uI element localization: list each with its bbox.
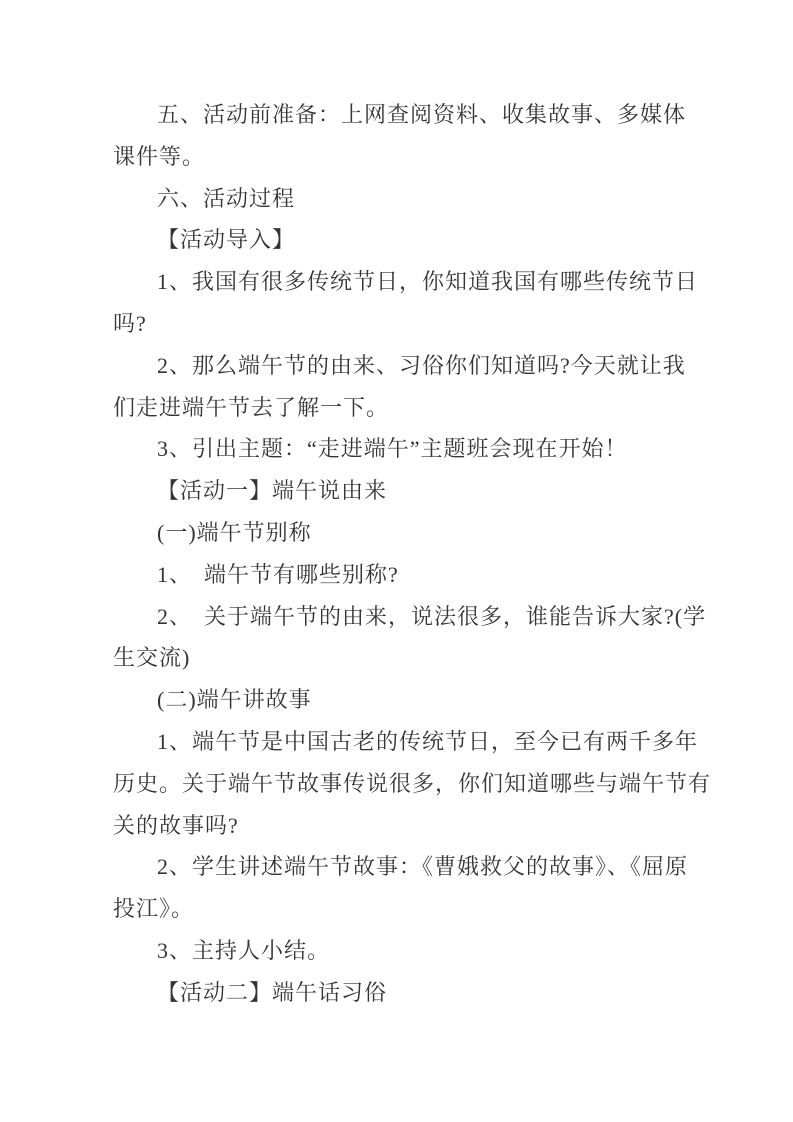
document-body: 五、活动前准备：上网查阅资料、收集故事、多媒体课件等。六、活动过程【活动导入】1…	[113, 94, 693, 1014]
text-line: 2、那么端午节的由来、习俗你们知道吗?今天就让我	[113, 345, 693, 387]
text-line: 【活动一】端午说由来	[113, 470, 693, 512]
text-line: 课件等。	[113, 136, 693, 178]
text-line: 【活动二】端午话习俗	[113, 972, 693, 1014]
text-line: 五、活动前准备：上网查阅资料、收集故事、多媒体	[113, 94, 693, 136]
text-line: 3、主持人小结。	[113, 930, 693, 972]
text-line: (二)端午讲故事	[113, 679, 693, 721]
text-line: 投江》。	[113, 888, 693, 930]
text-line: (一)端午节别称	[113, 512, 693, 554]
text-line: 1、端午节是中国古老的传统节日，至今已有两千多年	[113, 721, 693, 763]
text-line: 六、活动过程	[113, 178, 693, 220]
text-line: 2、 关于端午节的由来，说法很多，谁能告诉大家?(学	[113, 596, 693, 638]
text-line: 【活动导入】	[113, 219, 693, 261]
text-line: 历史。关于端午节故事传说很多，你们知道哪些与端午节有	[113, 763, 693, 805]
text-line: 1、我国有很多传统节日，你知道我国有哪些传统节日	[113, 261, 693, 303]
text-line: 吗?	[113, 303, 693, 345]
text-line: 关的故事吗?	[113, 805, 693, 847]
text-line: 生交流)	[113, 637, 693, 679]
text-line: 们走进端午节去了解一下。	[113, 387, 693, 429]
text-line: 3、引出主题：“走进端午”主题班会现在开始！	[113, 428, 693, 470]
text-line: 2、学生讲述端午节故事：《曹娥救父的故事》、《屈原	[113, 846, 693, 888]
text-line: 1、 端午节有哪些别称?	[113, 554, 693, 596]
document-page: 五、活动前准备：上网查阅资料、收集故事、多媒体课件等。六、活动过程【活动导入】1…	[0, 0, 793, 1122]
